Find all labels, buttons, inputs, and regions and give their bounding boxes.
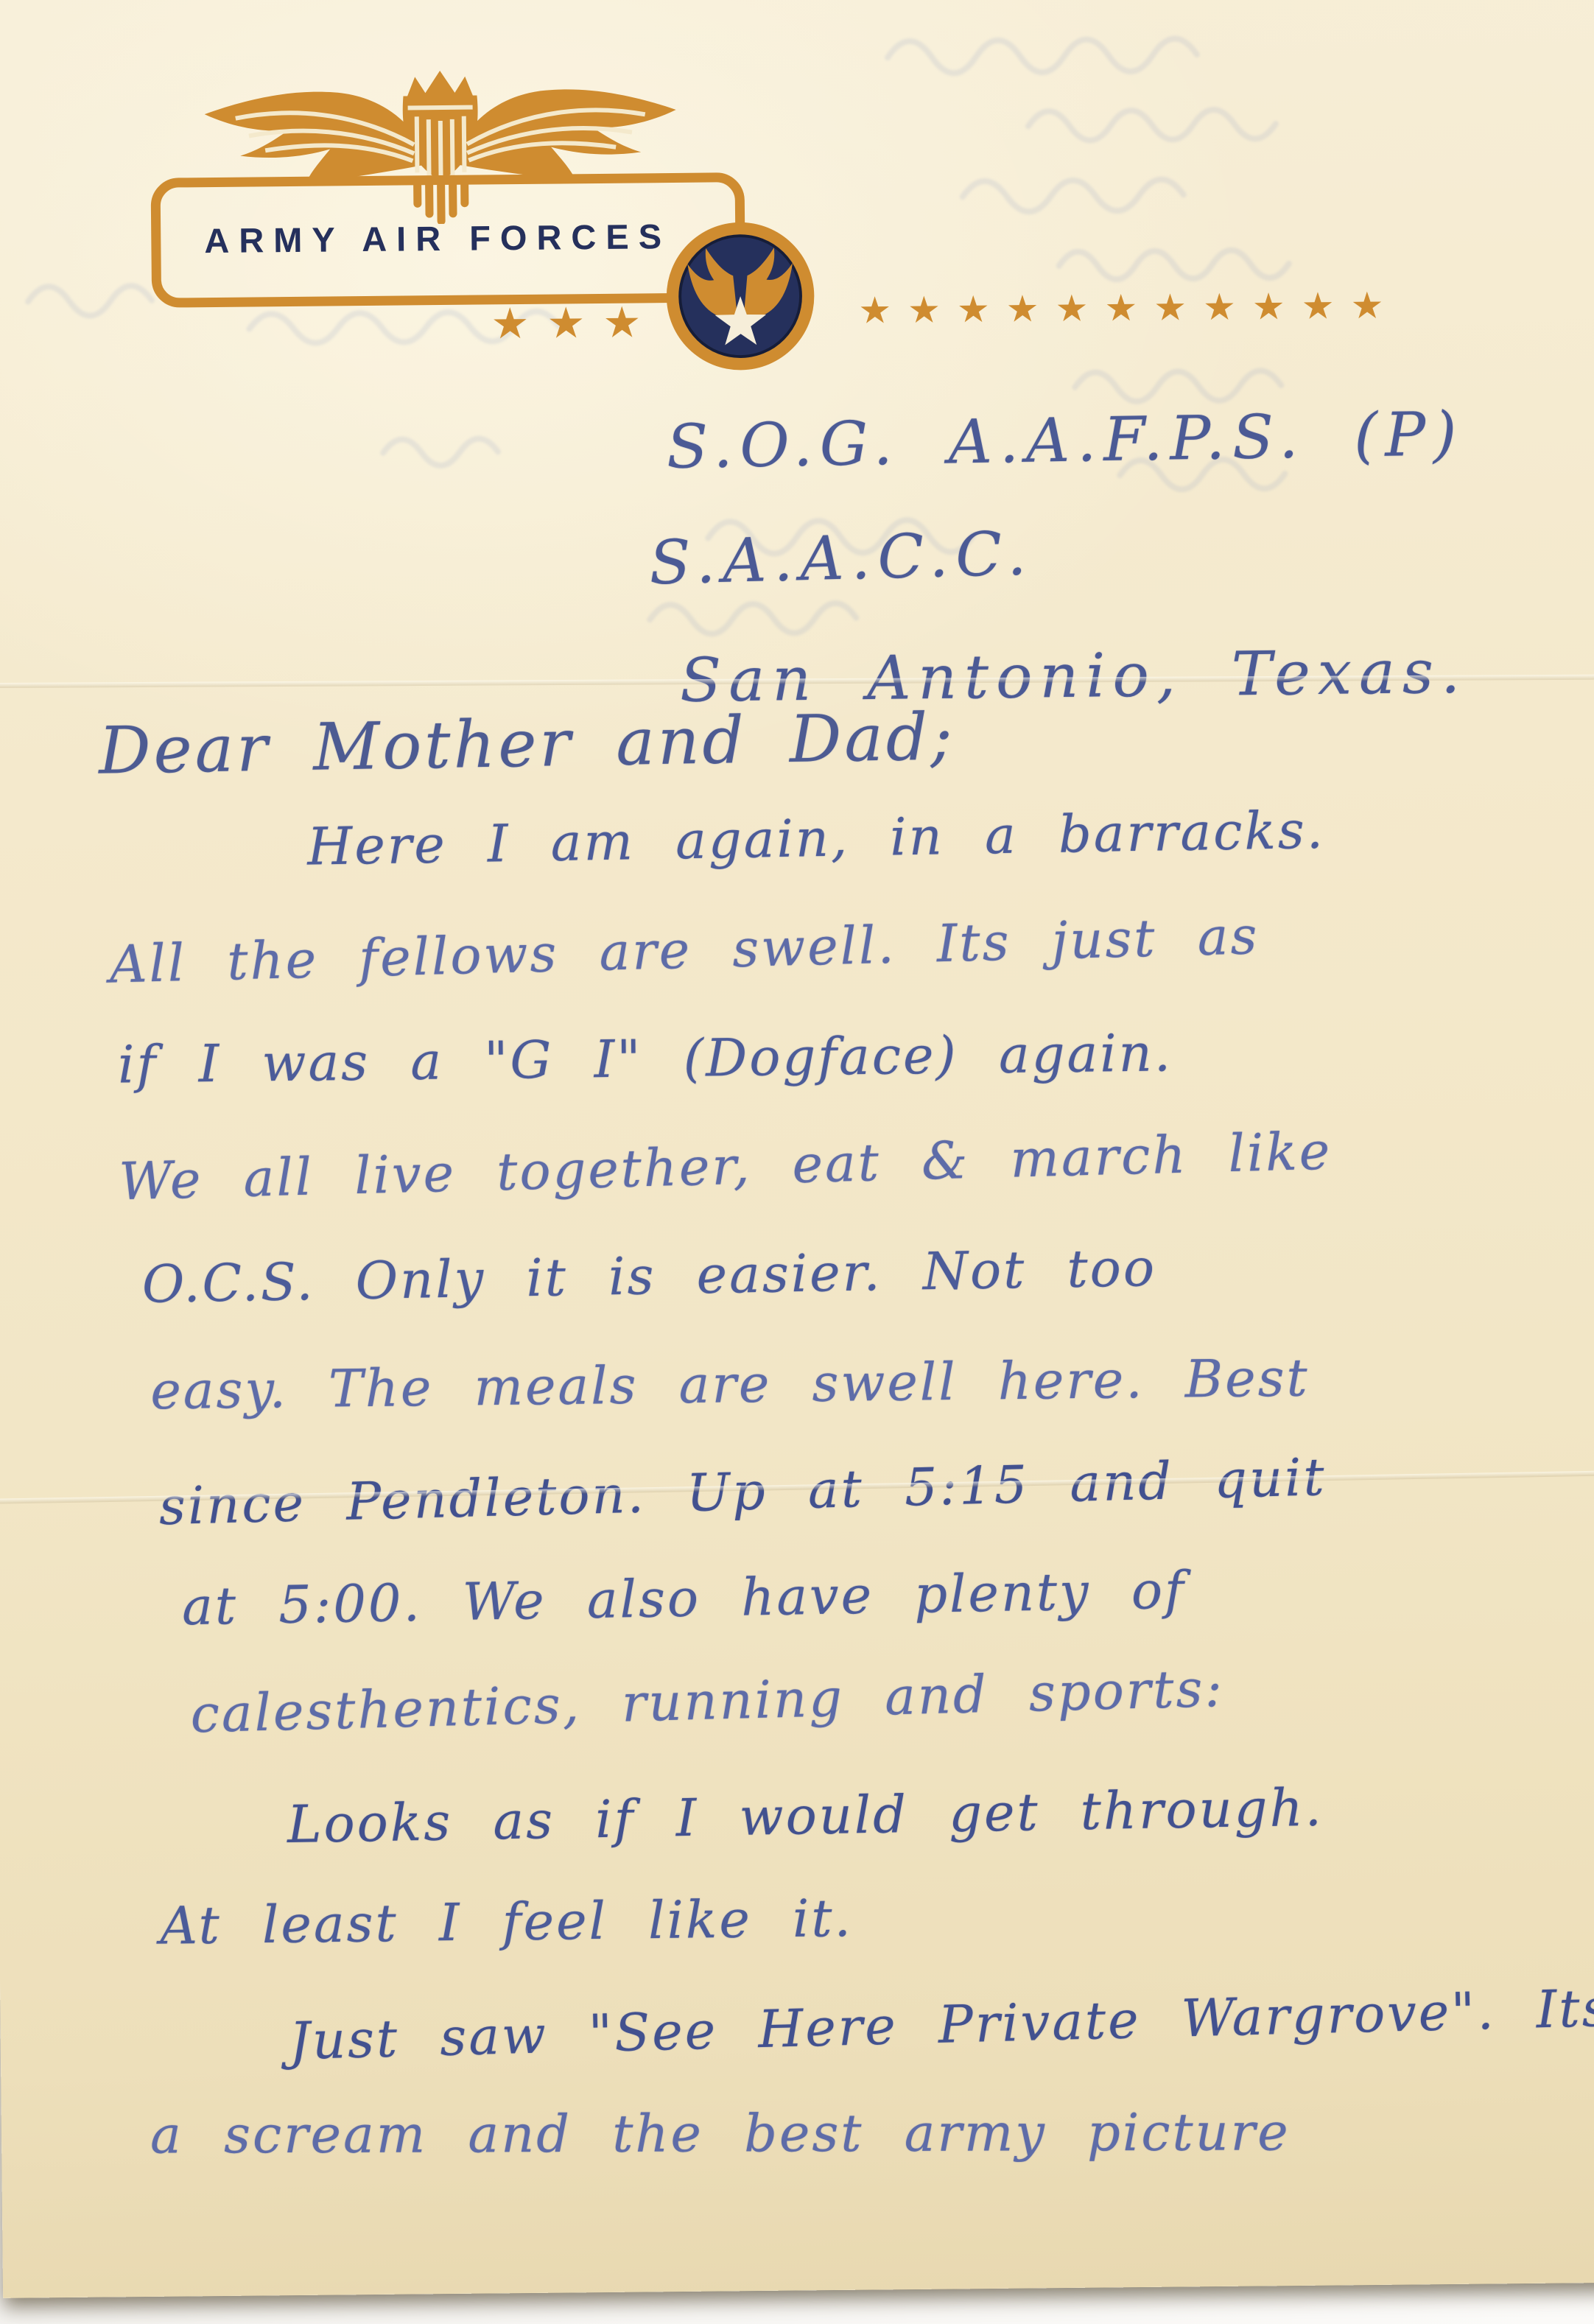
star-icon: ★ — [603, 298, 642, 346]
star-icon: ★ — [1301, 285, 1334, 326]
handwritten-line: if I was a "G I" (Dogface) again. — [118, 1022, 1173, 1095]
address-line-2: S.A.A.C.C. — [648, 519, 1034, 598]
star-icon: ★ — [1252, 286, 1285, 327]
star-icon: ★ — [1104, 287, 1137, 329]
handwritten-line: At least I feel like it. — [160, 1888, 853, 1956]
star-icon: ★ — [957, 289, 990, 330]
address-line-1: S.O.G. A.A.F.P.S. (P) — [666, 399, 1464, 482]
letterhead-stars-left: ★★★ — [482, 297, 650, 348]
letterhead-stars-right: ★★★★★★★★★★★ — [850, 284, 1392, 332]
handwritten-line: a scream and the best army picture — [150, 2102, 1291, 2165]
star-icon: ★ — [1350, 285, 1383, 326]
letter-page: ARMY AIR FORCES ★★★ ★★★★★★★★★★★ S.O.G. A… — [0, 0, 1594, 2298]
star-icon: ★ — [1055, 288, 1088, 329]
aaf-winged-star-emblem-icon — [661, 217, 819, 375]
star-icon: ★ — [858, 289, 891, 331]
star-icon: ★ — [1006, 288, 1039, 329]
star-icon: ★ — [491, 300, 530, 348]
star-icon: ★ — [1203, 287, 1236, 328]
star-icon: ★ — [907, 289, 941, 331]
letterhead-title: ARMY AIR FORCES — [204, 215, 720, 261]
star-icon: ★ — [1154, 287, 1187, 328]
salutation-line: Dear Mother and Dad; — [98, 698, 955, 788]
star-icon: ★ — [547, 299, 586, 347]
